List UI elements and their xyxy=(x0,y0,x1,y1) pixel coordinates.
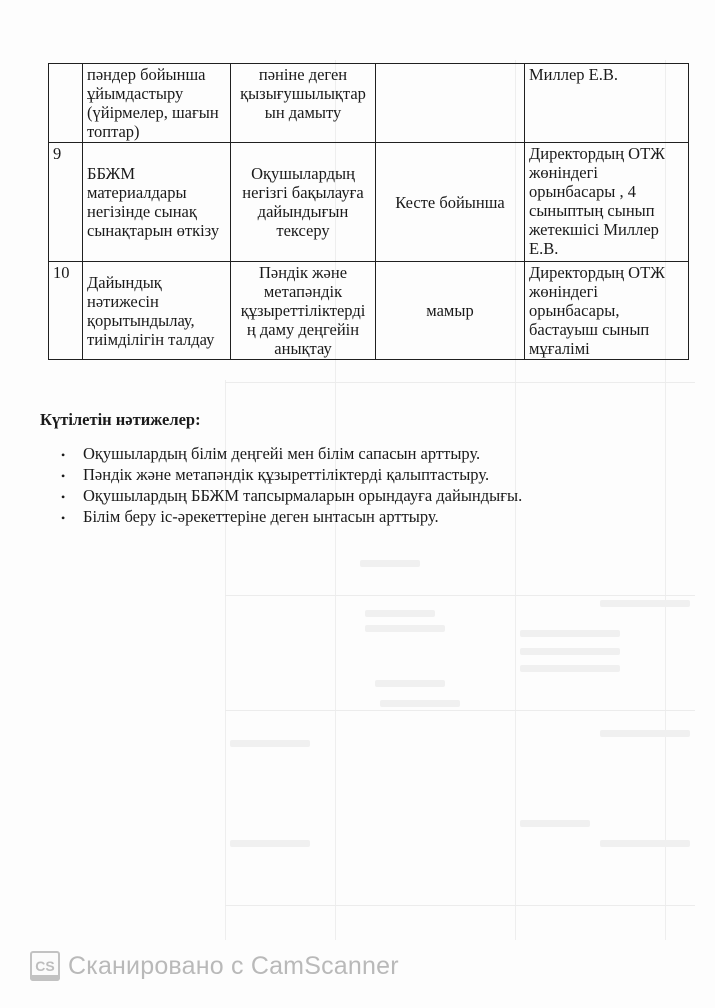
outcome-text: Білім беру іс-әрекеттеріне деген ынтасын… xyxy=(83,507,439,527)
goal-cell: Оқушылардың негізгі бақылауға дайындығын… xyxy=(231,143,376,262)
bullet-icon: • xyxy=(61,445,83,465)
camscanner-logo-icon: CS xyxy=(30,951,60,981)
outcomes-list: • Оқушылардың білім деңгейі мен білім са… xyxy=(40,444,680,528)
watermark-text: Сканировано с CamScanner xyxy=(68,952,399,981)
list-item: • Пәндік және метапәндік құзыреттіліктер… xyxy=(61,465,680,486)
event-cell: ББЖМ материалдары негізінде сынақ сынақт… xyxy=(83,143,231,262)
row-number xyxy=(49,64,83,143)
bullet-icon: • xyxy=(61,487,83,507)
responsible-cell: Директордың ОТЖ жөніндегі орынбасары , 4… xyxy=(525,143,689,262)
outcome-text: Пәндік және метапәндік құзыреттіліктерді… xyxy=(83,465,489,485)
responsible-cell: Директордың ОТЖ жөніндегі орынбасары, ба… xyxy=(525,262,689,360)
responsible-cell: Миллер Е.В. xyxy=(525,64,689,143)
outcomes-title: Күтілетін нәтижелер: xyxy=(40,410,680,430)
table-row: 10 Дайындық нәтижесін қорытындылау, тиім… xyxy=(49,262,689,360)
table-row: пәндер бойынша ұйымдастыру (үйірмелер, ш… xyxy=(49,64,689,143)
time-cell: Кесте бойынша xyxy=(376,143,525,262)
event-cell: Дайындық нәтижесін қорытындылау, тиімділ… xyxy=(83,262,231,360)
list-item: • Оқушылардың ББЖМ тапсырмаларын орындау… xyxy=(61,486,680,507)
list-item: • Білім беру іс-әрекеттеріне деген ынтас… xyxy=(61,507,680,528)
goal-cell: пәніне деген қызығушылықтар ын дамыту xyxy=(231,64,376,143)
table-row: 9 ББЖМ материалдары негізінде сынақ сына… xyxy=(49,143,689,262)
camscanner-watermark: CS Сканировано с CamScanner xyxy=(30,951,399,981)
event-cell: пәндер бойынша ұйымдастыру (үйірмелер, ш… xyxy=(83,64,231,143)
row-number: 10 xyxy=(49,262,83,360)
expected-outcomes: Күтілетін нәтижелер: • Оқушылардың білім… xyxy=(40,410,680,528)
bullet-icon: • xyxy=(61,508,83,528)
goal-cell: Пәндік және метапәндік құзыреттіліктерді… xyxy=(231,262,376,360)
bullet-icon: • xyxy=(61,466,83,486)
time-cell xyxy=(376,64,525,143)
plan-table: пәндер бойынша ұйымдастыру (үйірмелер, ш… xyxy=(48,63,689,360)
outcome-text: Оқушылардың білім деңгейі мен білім сапа… xyxy=(83,444,480,464)
time-cell: мамыр xyxy=(376,262,525,360)
outcome-text: Оқушылардың ББЖМ тапсырмаларын орындауға… xyxy=(83,486,522,506)
row-number: 9 xyxy=(49,143,83,262)
list-item: • Оқушылардың білім деңгейі мен білім са… xyxy=(61,444,680,465)
